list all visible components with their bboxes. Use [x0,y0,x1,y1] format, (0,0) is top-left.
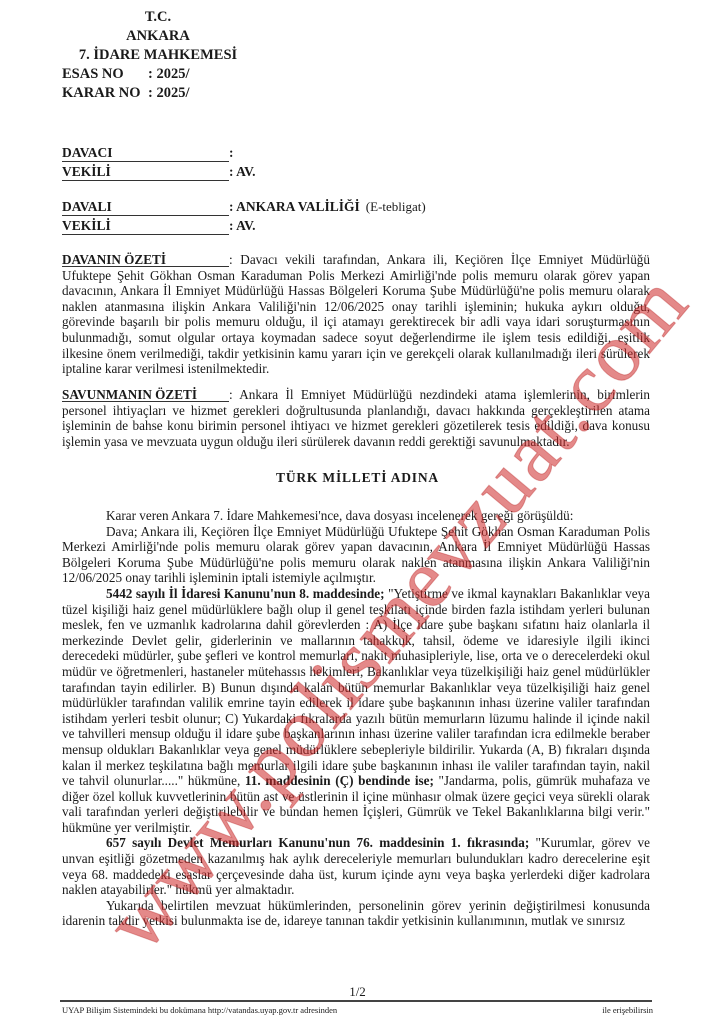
footer-access-note: ile erişebilirsin [602,1005,653,1015]
body-paragraph-1: Karar veren Ankara 7. İdare Mahkemesi'nc… [62,508,650,524]
body-paragraph-2: Dava; Ankara ili, Keçiören İlçe Emniyet … [62,524,650,586]
karar-label: KARAR NO [62,84,148,103]
case-summary: DAVANIN ÖZETİ: Davacı vekili tarafından,… [62,252,650,377]
law-5442-text: "Yetiştirme ve ikmal kaynakları Bakanlık… [62,586,650,788]
defendant-label: DAVALI [62,198,229,216]
body-paragraph-4: 657 sayılı Devlet Memurları Kanunu'nun 7… [62,835,650,897]
body-paragraph-5: Yukarıda belirtilen mevzuat hükümlerinde… [62,898,650,929]
defendant-row: DAVALI : ANKARA VALİLİĞİ (E-tebligat) [62,197,426,216]
judgment-body: Karar veren Ankara 7. İdare Mahkemesi'nc… [62,508,650,929]
defense-summary: SAVUNMANIN ÖZETİ: Ankara İl Emniyet Müdü… [62,387,650,449]
defendant-note: (E-tebligat) [366,198,426,216]
esas-label: ESAS NO [62,65,148,84]
footer-divider [60,1000,652,1002]
plaintiff-attorney-value: : AV. [229,163,256,181]
plaintiff-label: DAVACI [62,144,229,162]
plaintiff-block: DAVACI : VEKİLİ : AV. [62,143,256,181]
page-number: 1/2 [0,984,715,1000]
esas-row: ESAS NO : 2025/ [62,65,254,84]
esas-value: : 2025/ [148,65,189,84]
plaintiff-row: DAVACI : [62,143,256,162]
karar-value: : 2025/ [148,84,189,103]
article-11-ref: 11. maddesinin (Ç) bendinde ise; [245,773,434,788]
law-5442-ref: 5442 sayılı İl İdaresi Kanunu'nun 8. mad… [106,586,385,601]
plaintiff-attorney-row: VEKİLİ : AV. [62,162,256,181]
court-name: 7. İDARE MAHKEMESİ [62,46,254,65]
court-header: T.C. ANKARA 7. İDARE MAHKEMESİ ESAS NO :… [62,8,254,103]
defendant-block: DAVALI : ANKARA VALİLİĞİ (E-tebligat) VE… [62,197,426,235]
document-page: T.C. ANKARA 7. İDARE MAHKEMESİ ESAS NO :… [0,0,715,1024]
defendant-attorney-row: VEKİLİ : AV. [62,216,426,235]
defendant-attorney-value: : AV. [229,217,256,235]
city-label: ANKARA [62,27,254,46]
section-title: TÜRK MİLLETİ ADINA [0,470,715,486]
karar-row: KARAR NO : 2025/ [62,84,254,103]
footer-uyap-note: UYAP Bilişim Sistemindeki bu dokümana ht… [62,1005,337,1015]
defendant-value: : ANKARA VALİLİĞİ [229,198,360,216]
case-summary-text: : Davacı vekili tarafından, Ankara ili, … [62,252,650,376]
defendant-attorney-label: VEKİLİ [62,217,229,235]
country-label: T.C. [62,8,254,27]
plaintiff-value: : [229,144,234,162]
law-657-ref: 657 sayılı Devlet Memurları Kanunu'nun 7… [106,835,529,850]
plaintiff-attorney-label: VEKİLİ [62,163,229,181]
body-paragraph-3: 5442 sayılı İl İdaresi Kanunu'nun 8. mad… [62,586,650,836]
case-summary-label: DAVANIN ÖZETİ [62,253,229,267]
defense-summary-label: SAVUNMANIN ÖZETİ [62,388,229,402]
